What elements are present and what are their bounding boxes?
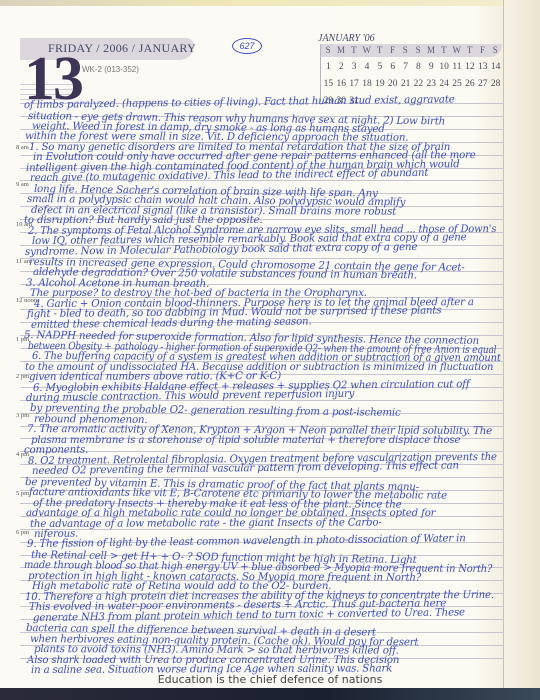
mini-calendar-title: JANUARY '06: [318, 33, 375, 44]
weekday-header: S: [489, 45, 502, 55]
time-label: 5 pm: [16, 490, 29, 497]
calendar-day: 26: [463, 79, 476, 89]
calendar-day: 17: [348, 79, 361, 89]
weekday-header: T: [348, 45, 361, 55]
weekday-header: S: [412, 45, 425, 55]
weekday-header: M: [335, 45, 348, 55]
calendar-day: 13: [476, 62, 489, 72]
next-page-edge: [504, 0, 540, 690]
calendar-day: 1: [322, 62, 335, 72]
week-info: WK-2 (013-352): [82, 65, 139, 74]
calendar-day: 6: [386, 62, 399, 72]
calendar-day: 10: [438, 62, 451, 72]
weekday-header: W: [451, 45, 464, 55]
calendar-day: 24: [438, 79, 451, 89]
mini-calendar-border: [320, 44, 321, 102]
calendar-day: 28: [489, 79, 502, 89]
calendar-day: 20: [386, 79, 399, 89]
calendar-day: 15: [322, 79, 335, 89]
calendar-day: 11: [451, 62, 464, 72]
time-label: 8 am: [16, 144, 29, 151]
calendar-day: 22: [412, 79, 425, 89]
calendar-day: 19: [373, 79, 386, 89]
calendar-day: 7: [399, 62, 412, 72]
weekday-header: T: [438, 45, 451, 55]
weekday-header: T: [463, 45, 476, 55]
calendar-day: 27: [476, 79, 489, 89]
calendar-day: 14: [489, 62, 502, 72]
calendar-day: 2: [335, 62, 348, 72]
weekday-header: F: [386, 45, 399, 55]
weekday-header: W: [361, 45, 374, 55]
calendar-day: 3: [348, 62, 361, 72]
page-number-circle: 627: [232, 38, 262, 54]
calendar-day: 8: [412, 62, 425, 72]
calendar-day: 12: [463, 62, 476, 72]
calendar-day: 25: [451, 79, 464, 89]
calendar-day: 4: [361, 62, 374, 72]
calendar-day: 5: [373, 62, 386, 72]
footer-quote: Education is the chief defence of nation…: [0, 673, 540, 686]
background-surface: [0, 688, 540, 700]
calendar-day: 18: [361, 79, 374, 89]
time-label: 3 pm: [16, 412, 29, 419]
calendar-day: 23: [425, 79, 438, 89]
weekday-header: F: [476, 45, 489, 55]
weekday-header: M: [425, 45, 438, 55]
weekday-header: S: [399, 45, 412, 55]
weekday-header: T: [373, 45, 386, 55]
calendar-day: 16: [335, 79, 348, 89]
page-top-edge: [0, 0, 540, 6]
weekday-header: S: [322, 45, 335, 55]
calendar-day: 9: [425, 62, 438, 72]
calendar-day: 21: [399, 79, 412, 89]
time-label: 9 am: [16, 181, 29, 188]
time-label: 6 pm: [16, 529, 29, 536]
time-label: 2 pm: [16, 373, 29, 380]
